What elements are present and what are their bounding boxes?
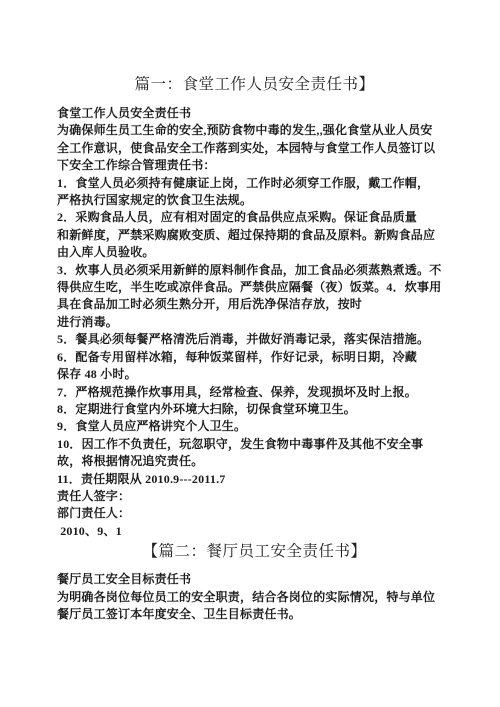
text-line: 为确保师生员工生命的安全,预防食物中毒的发生,,强化食堂从业人员安 [57,122,452,139]
text-line: 保存 48 小时。 [57,366,452,383]
text-line: 得供应生吃，半生吃或凉伴食品。严禁供应隔餐（夜）饭菜。4．炊事用 [57,279,452,296]
text-line: 11．责任期限从 2010.9---2011.7 [57,471,452,488]
text-line: 由入库人员验收。 [57,244,452,261]
section1-heading: 篇一：食堂工作人员安全责任书】 [57,75,452,95]
text-line: 进行消毒。 [57,314,452,331]
text-line: 具在食品加工时必须生熟分开，用后洗净保洁存放，按时 [57,296,452,313]
section1-body: 食堂工作人员安全责任书为确保师生员工生命的安全,预防食物中毒的发生,,强化食堂从… [57,105,452,540]
text-line: 9．食堂人员应严格讲究个人卫生。 [57,418,452,435]
text-line: 严格执行国家规定的饮食卫生法规。 [57,192,452,209]
text-line: 为明确各岗位每位员工的安全职责，结合各岗位的实际情况，特与单位 [57,589,452,606]
section2-heading: 【篇二：餐厅员工安全责任书】 [57,542,452,562]
section2-body: 餐厅员工安全目标责任书为明确各岗位每位员工的安全职责，结合各岗位的实际情况，特与… [57,571,452,623]
text-line: 8．定期进行食堂内外环境大扫除，切保食堂环境卫生。 [57,401,452,418]
text-line: 全工作意识，使食品安全工作落到实处，本园特与食堂工作人员签订以 [57,140,452,157]
text-line: 2010、9、1 [57,523,452,540]
text-line: 6．配备专用留样冰箱，每种饭菜留样，作好记录，标明日期，冷藏 [57,349,452,366]
text-line: 部门责任人： [57,505,452,522]
text-line: 2．采购食品人员，应有相对固定的食品供应点采购。保证食品质量 [57,209,452,226]
document-page: 篇一：食堂工作人员安全责任书】 食堂工作人员安全责任书为确保师生员工生命的安全,… [0,0,500,707]
text-line: 3．炊事人员必须采用新鲜的原料制作食品，加工食品必须蒸熟煮透。不 [57,262,452,279]
text-line: 餐厅员工签订本年度安全、卫生目标责任书。 [57,606,452,623]
text-line: 10．因工作不负责任，玩忽职守，发生食物中毒事件及其他不安全事 [57,436,452,453]
text-line: 下安全工作综合管理责任书： [57,157,452,174]
text-line: 餐厅员工安全目标责任书 [57,571,452,588]
text-line: 和新鲜度，严禁采购腐败变质、超过保持期的食品及原料。新购食品应 [57,227,452,244]
text-line: 责任人签字： [57,488,452,505]
text-line: 食堂工作人员安全责任书 [57,105,452,122]
text-line: 5．餐具必须每餐严格清洗后消毒，并做好消毒记录，落实保洁措施。 [57,331,452,348]
text-line: 7．严格规范操作炊事用具，经常检查、保养，发现损坏及时上报。 [57,384,452,401]
text-line: 故，将根据情况追究责任。 [57,453,452,470]
text-line: 1．食堂人员必须持有健康证上岗，工作时必须穿工作服，戴工作帽， [57,175,452,192]
